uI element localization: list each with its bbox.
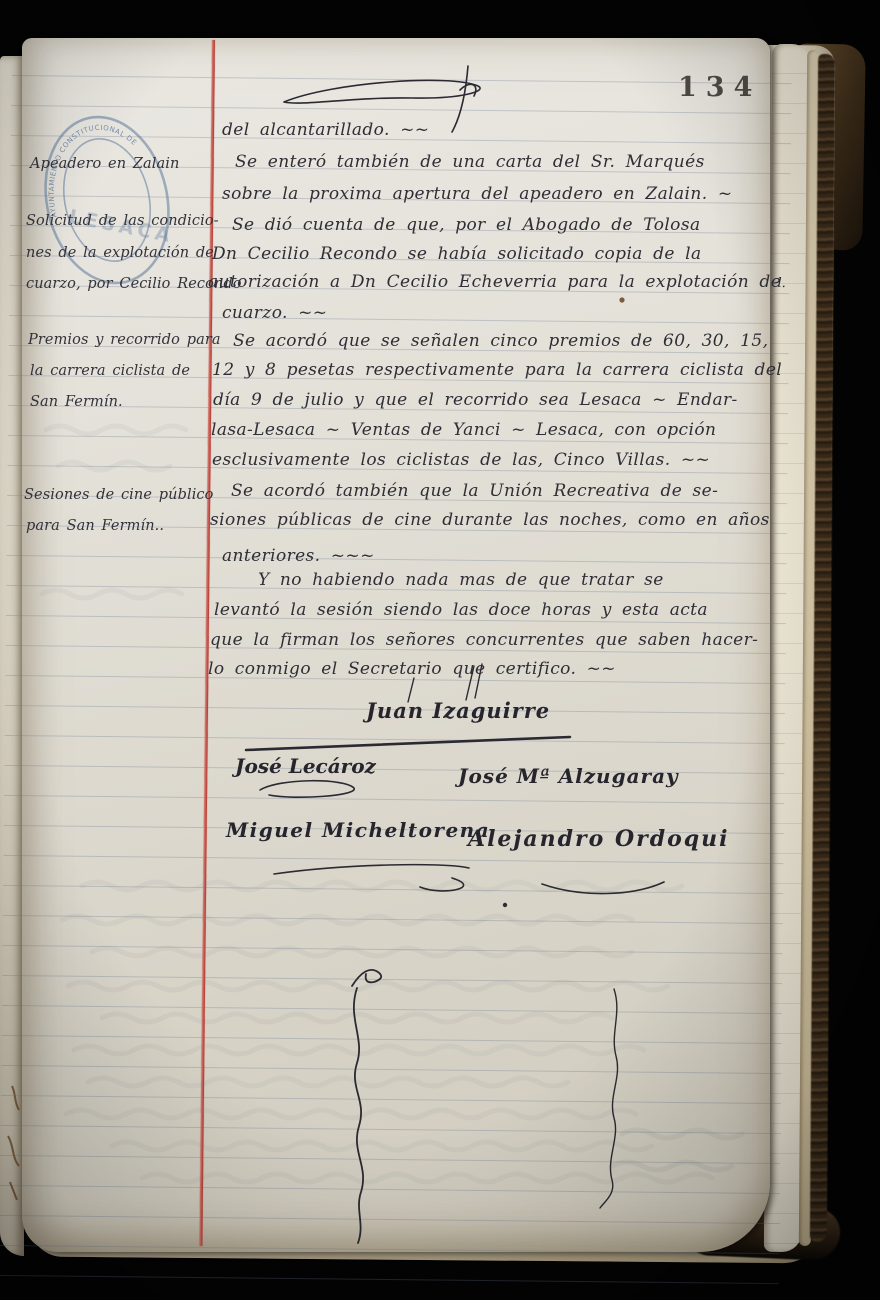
signature-izaguirre: Juan Izaguirre: [366, 698, 550, 723]
body-line-1: del alcantarillado. ~~: [222, 120, 429, 140]
body-line-3: sobre la proxima apertura del apeadero e…: [222, 184, 732, 204]
body-line-13: Se acordó también que la Unión Recreativ…: [231, 481, 718, 501]
body-line-7: cuarzo. ~~: [222, 303, 327, 323]
signature-alzugaray: José Mª Alzugaray: [458, 764, 679, 788]
body-line-10: día 9 de julio y que el recorrido sea Le…: [213, 390, 738, 410]
body-line-11: lasa-Lesaca ~ Ventas de Yanci ~ Lesaca, …: [211, 420, 716, 440]
photograph-of-minutes-book: l.: [0, 0, 880, 1300]
margin-note-line: nes de la explotación de: [26, 245, 214, 261]
margin-note-line: la carrera ciclista de: [30, 363, 190, 379]
margin-note-line: Sesiones de cine público: [24, 487, 213, 503]
body-line-2: Se enteró también de una carta del Sr. M…: [235, 152, 705, 172]
page-number: 134: [678, 72, 761, 103]
bleedthrough-dark-patch: [612, 1130, 742, 1170]
body-line-14: siones públicas de cine durante las noch…: [210, 510, 770, 530]
top-flourish-stroke: [284, 80, 480, 103]
margin-note-line: San Fermín.: [30, 394, 123, 410]
top-flourish-tail: [452, 66, 476, 132]
body-line-6: autorización a Dn Cecilio Echeverria par…: [208, 272, 781, 292]
body-line-4: Se dió cuenta de que, por el Abogado de …: [232, 215, 700, 235]
signature-lecaroz: José Lecároz: [235, 754, 376, 778]
margin-note-line: Solicitud de las condicio-: [26, 213, 219, 229]
cancellation-squiggle-left-loop: [352, 970, 381, 986]
underlying-page-edge-left: [0, 56, 24, 1256]
brown-speck-dot: [619, 297, 624, 302]
speck-strokes: [8, 1086, 19, 1200]
lecaroz-flourish: [260, 781, 354, 797]
margin-note-line: Premios y recorrido para: [28, 332, 221, 348]
body-line-17: levantó la sesión siendo las doce horas …: [214, 600, 708, 620]
body-line-5: Dn Cecilio Recondo se había solicitado c…: [212, 244, 702, 264]
body-line-18: que la firman los señores concurrentes q…: [210, 630, 758, 650]
bleedthrough-strokes: [42, 426, 712, 1182]
cancellation-squiggle-left: [354, 988, 363, 1243]
body-line-12: esclusivamente los ciclistas de las, Cin…: [212, 450, 710, 470]
stamp-rings: [40, 111, 175, 289]
ordoqui-flourish: [542, 882, 664, 894]
municipal-stamp: AYUNTAMIENTO CONSTITUCIONAL DE LESACA: [40, 111, 175, 289]
manuscript-page: AYUNTAMIENTO CONSTITUCIONAL DE LESACA 13…: [22, 38, 770, 1252]
body-line-19: lo conmigo el Secretario que certifico. …: [208, 659, 616, 679]
micheltorena-flourish: [274, 865, 469, 891]
cancellation-squiggle-right: [600, 989, 618, 1208]
signature-strike-line: [246, 737, 570, 750]
margin-note-line: Apeadero en Zalain: [30, 156, 179, 172]
signature-micheltorena: Miguel Micheltorena: [226, 818, 490, 842]
margin-note-line: para San Fermín..: [26, 518, 164, 534]
body-line-15: anteriores. ~~~: [222, 546, 375, 566]
ink-speck-dot: [503, 903, 507, 907]
body-line-8: Se acordó que se señalen cinco premios d…: [233, 331, 768, 351]
signature-ordoqui: Alejandro Ordoqui: [468, 826, 730, 852]
body-line-16: Y no habiendo nada mas de que tratar se: [258, 570, 664, 590]
body-line-9: 12 y 8 pesetas respectivamente para la c…: [212, 360, 782, 380]
